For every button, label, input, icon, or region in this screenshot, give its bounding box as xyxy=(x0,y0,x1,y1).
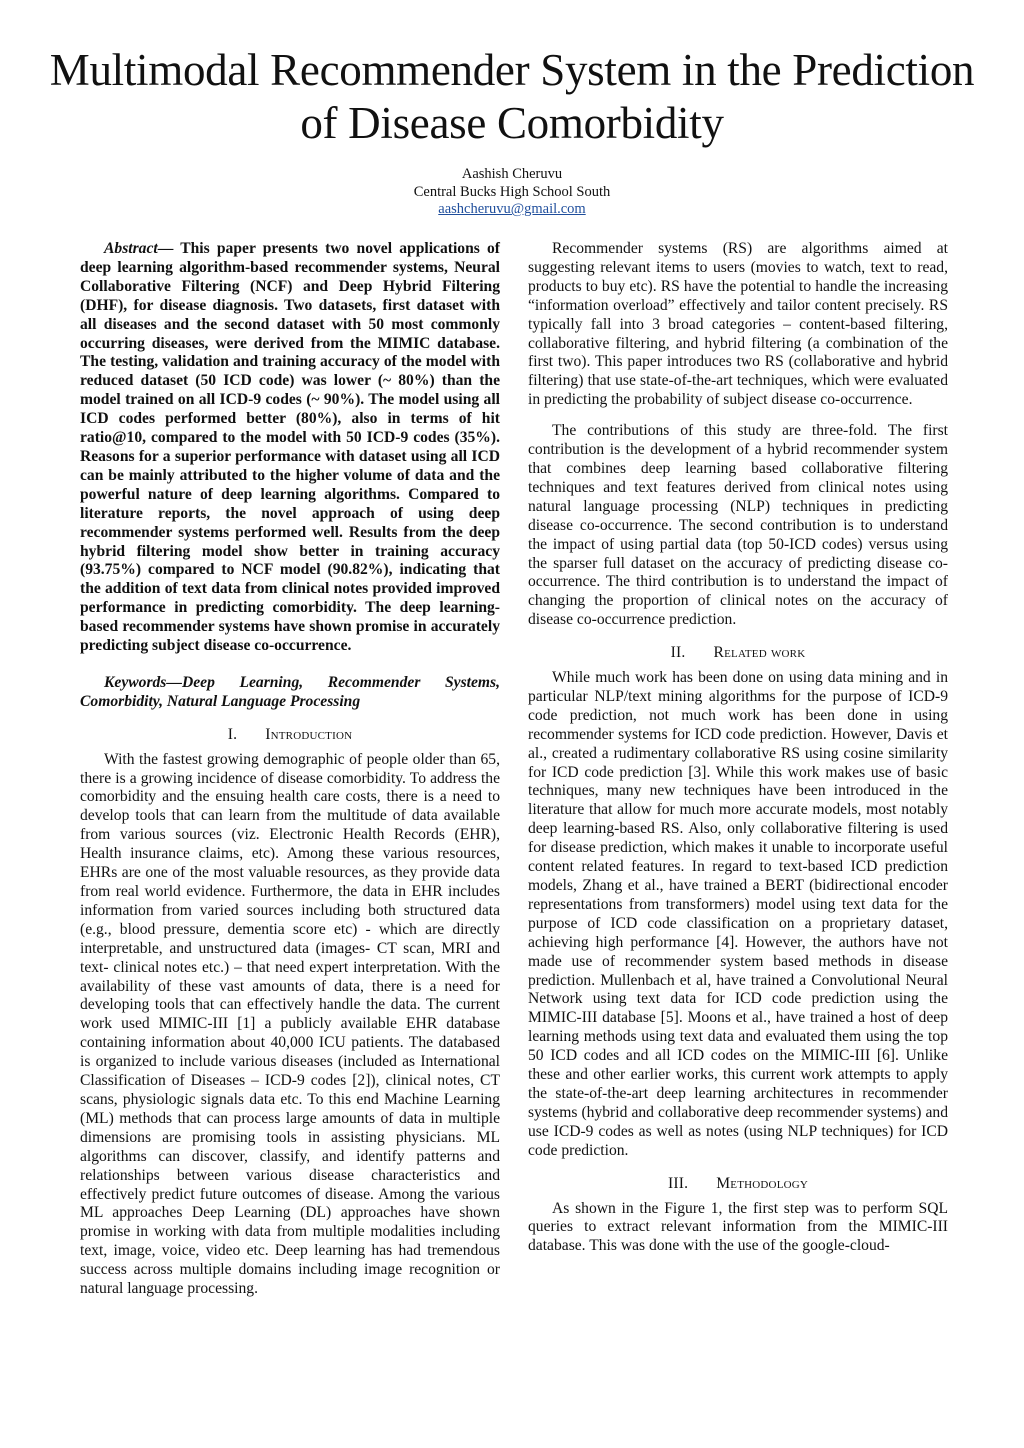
section-heading-methodology: III.Methodology xyxy=(528,1175,948,1194)
related-work-paragraph-1: While much work has been done on using d… xyxy=(528,669,948,1161)
author-name: Aashish Cheruvu xyxy=(0,166,1024,184)
intro-paragraph-1: With the fastest growing demographic of … xyxy=(80,751,500,1299)
abstract: Abstract— This paper presents two novel … xyxy=(80,240,500,656)
section-heading-introduction: I.Introduction xyxy=(80,726,500,745)
right-column: Recommender systems (RS) are algorithms … xyxy=(528,240,948,1256)
keywords: Keywords—Deep Learning, Recommender Syst… xyxy=(80,674,500,712)
abstract-body: This paper presents two novel applicatio… xyxy=(80,240,500,654)
intro-paragraph-2: Recommender systems (RS) are algorithms … xyxy=(528,240,948,410)
author-email-link[interactable]: aashcheruvu@gmail.com xyxy=(438,201,585,217)
author-block: Aashish Cheruvu Central Bucks High Schoo… xyxy=(0,166,1024,219)
intro-paragraph-3: The contributions of this study are thre… xyxy=(528,422,948,630)
paper-title: Multimodal Recommender System in the Pre… xyxy=(40,44,984,150)
author-affiliation: Central Bucks High School South xyxy=(0,184,1024,202)
methodology-paragraph-1: As shown in the Figure 1, the first step… xyxy=(528,1200,948,1257)
section-heading-related-work: II.Related work xyxy=(528,644,948,663)
abstract-label: Abstract xyxy=(104,240,158,257)
left-column: Abstract— This paper presents two novel … xyxy=(80,240,500,1299)
